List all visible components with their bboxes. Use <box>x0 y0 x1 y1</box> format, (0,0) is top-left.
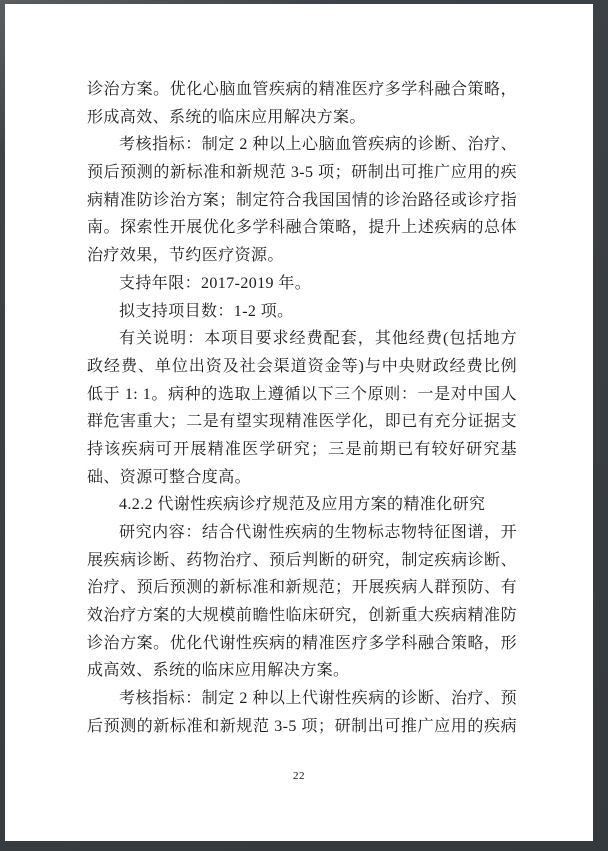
text-line: 有关说明：本项目要求经费配套，其他经费(包括地方财 <box>87 325 517 353</box>
text-line: 效治疗方案的大规模前瞻性临床研究，创新重大疾病精准防 <box>87 602 517 630</box>
text-line: 预后预测的新标准和新规范 3-5 项；研制出可推广应用的疾 <box>87 159 517 187</box>
text-line: 诊治方案。优化代谢性疾病的精准医疗多学科融合策略，形 <box>87 630 517 658</box>
text-line: 考核指标：制定 2 种以上心脑血管疾病的诊断、治疗、 <box>87 131 517 159</box>
text-line: 治疗效果，节约医疗资源。 <box>87 242 517 270</box>
text-line: 群危害重大；二是有望实现精准医学化，即已有充分证据支 <box>87 408 517 436</box>
text-line: 低于 1: 1。病种的选取上遵循以下三个原则：一是对中国人 <box>87 381 517 409</box>
text-line: 形成高效、系统的临床应用解决方案。 <box>87 104 517 132</box>
text-line: 政经费、单位出资及社会渠道资金等)与中央财政经费比例不 <box>87 353 517 381</box>
document-page: 诊治方案。优化心脑血管疾病的精准医疗多学科融合策略，形成高效、系统的临床应用解决… <box>5 4 593 841</box>
text-line: 展疾病诊断、药物治疗、预后判断的研究，制定疾病诊断、 <box>87 547 517 575</box>
text-line: 后预测的新标准和新规范 3-5 项；研制出可推广应用的疾病 <box>87 713 517 741</box>
text-line: 南。探索性开展优化多学科融合策略，提升上述疾病的总体 <box>87 214 517 242</box>
text-line: 拟支持项目数：1-2 项。 <box>87 298 517 326</box>
text-line: 成高效、系统的临床应用解决方案。 <box>87 657 517 685</box>
text-line: 础、资源可整合度高。 <box>87 464 517 492</box>
text-line: 考核指标：制定 2 种以上代谢性疾病的诊断、治疗、预 <box>87 685 517 713</box>
text-line: 持该疾病可开展精准医学研究；三是前期已有较好研究基 <box>87 436 517 464</box>
text-line: 诊治方案。优化心脑血管疾病的精准医疗多学科融合策略， <box>87 76 517 104</box>
text-line: 支持年限：2017-2019 年。 <box>87 270 517 298</box>
text-line: 研究内容：结合代谢性疾病的生物标志物特征图谱，开 <box>87 519 517 547</box>
text-line: 治疗、预后预测的新标准和新规范；开展疾病人群预防、有 <box>87 574 517 602</box>
text-line: 病精准防诊治方案；制定符合我国国情的诊治路径或诊疗指 <box>87 187 517 215</box>
page-number: 22 <box>5 770 593 782</box>
section-heading: 4.2.2 代谢性疾病诊疗规范及应用方案的精准化研究 <box>87 491 517 519</box>
scan-background: 诊治方案。优化心脑血管疾病的精准医疗多学科融合策略，形成高效、系统的临床应用解决… <box>0 0 608 851</box>
document-body: 诊治方案。优化心脑血管疾病的精准医疗多学科融合策略，形成高效、系统的临床应用解决… <box>87 76 517 741</box>
